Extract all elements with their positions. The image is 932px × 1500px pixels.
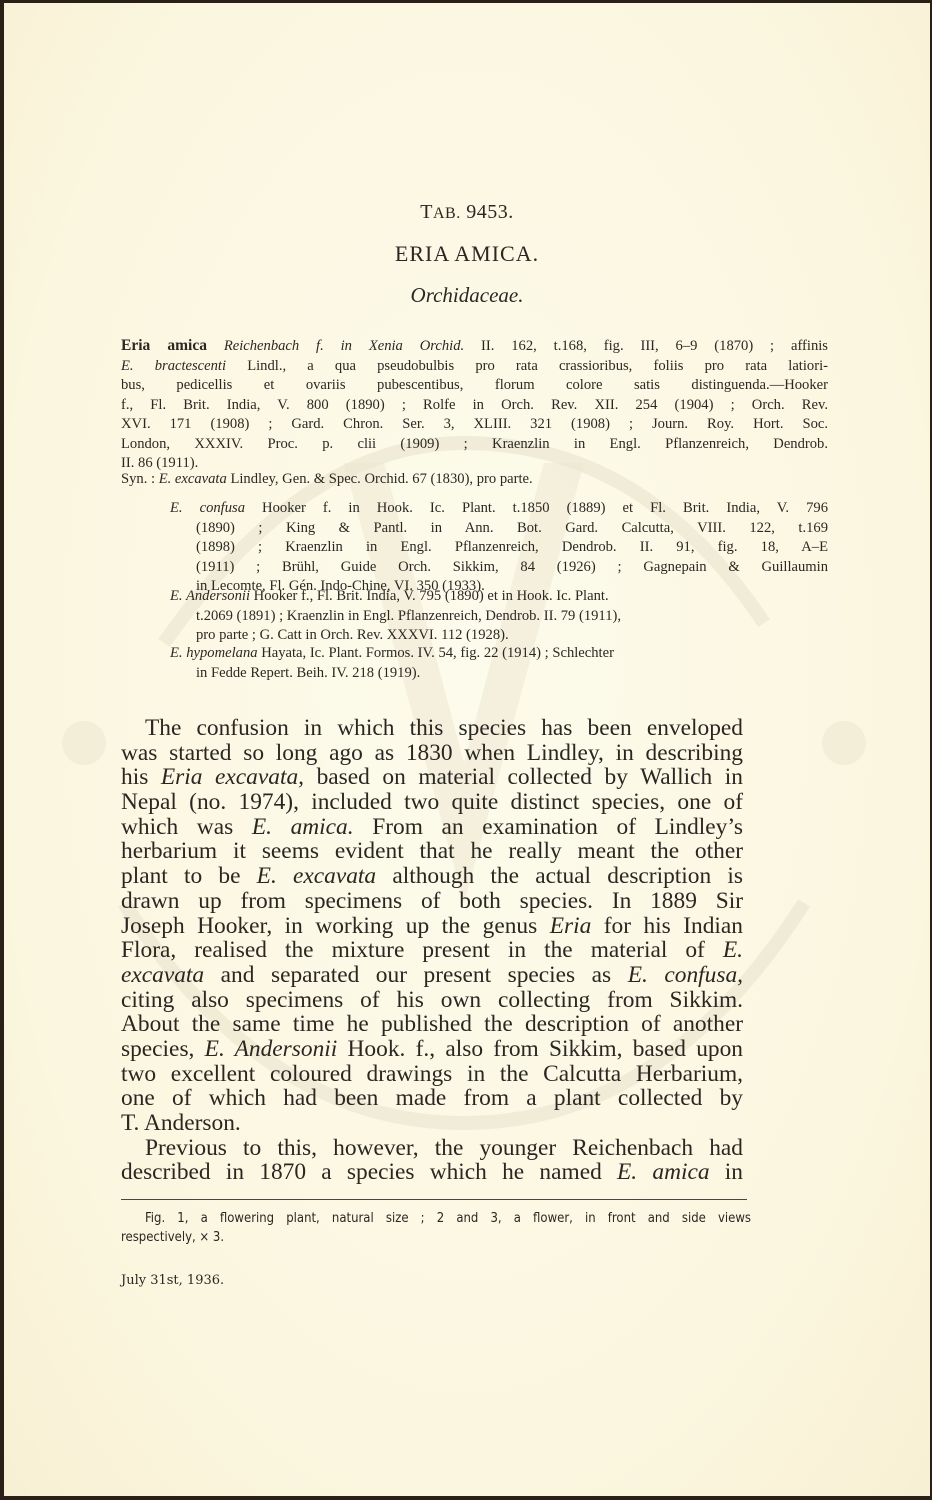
reference-line: XVI. 171 (1908) ; Gard. Chron. Ser. 3, X… <box>121 415 828 435</box>
body-line: one of which had been made from a plant … <box>121 1086 743 1111</box>
species-title: ERIA AMICA. <box>4 241 930 267</box>
synonym-confusa: E. confusa Hooker f. in Hook. Ic. Plant.… <box>121 499 828 597</box>
body-line: species, E. Andersonii Hook. f., also fr… <box>121 1037 743 1062</box>
synonym-name: E. Andersonii <box>170 588 250 604</box>
reference-block: Eria amica Reichenbach f. in Xenia Orchi… <box>121 336 828 474</box>
body-line: was started so long ago as 1830 when Lin… <box>121 741 743 766</box>
reference-line: f., Fl. Brit. India, V. 800 (1890) ; Rol… <box>121 396 828 416</box>
body-line: Joseph Hooker, in working up the genus E… <box>121 914 743 939</box>
body-line: Flora, realised the mixture present in t… <box>121 938 743 963</box>
synonyms-label: Syn. : <box>121 471 155 487</box>
publication-date: July 31st, 1936. <box>121 1273 224 1288</box>
body-line: plant to be E. excavata although the act… <box>121 864 743 889</box>
description-body: The confusion in which this species has … <box>121 716 743 1185</box>
divider-rule <box>121 1199 747 1200</box>
synonym-andersonii: E. Andersonii Hooker f., Fl. Brit. India… <box>121 587 828 646</box>
body-line: his Eria excavata, based on material col… <box>121 765 743 790</box>
body-line: which was E. amica. From an examination … <box>121 815 743 840</box>
body-line: The confusion in which this species has … <box>121 716 743 741</box>
synonym-excavata: Syn. : E. excavata Lindley, Gen. & Spec.… <box>121 470 828 490</box>
reference-line: bus, pedicellis et ovariis pubescentibus… <box>121 376 828 396</box>
body-line: herbarium it seems evident that he reall… <box>121 839 743 864</box>
body-line: Nepal (no. 1974), included two quite dis… <box>121 790 743 815</box>
synonym-name: E. excavata <box>159 471 227 487</box>
body-line: About the same time he published the des… <box>121 1012 743 1037</box>
body-line: drawn up from specimens of both species.… <box>121 889 743 914</box>
body-line: two excellent coloured drawings in the C… <box>121 1062 743 1087</box>
document-page: TAB. 9453. ERIA AMICA. Orchidaceae. Eria… <box>4 3 930 1496</box>
reference-line: E. bractescenti Lindl., a qua pseudobulb… <box>121 357 828 377</box>
body-line: T. Anderson. <box>121 1111 743 1136</box>
synonym-hypomelana: E. hypomelana Hayata, Ic. Plant. Formos.… <box>121 644 828 683</box>
synonym-name: E. hypomelana <box>170 645 258 661</box>
reference-line: London, XXXIV. Proc. p. clii (1909) ; Kr… <box>121 435 828 455</box>
figure-caption: Fig. 1, a flowering plant, natural size … <box>121 1209 751 1247</box>
body-line: Previous to this, however, the younger R… <box>121 1136 743 1161</box>
plate-number: TAB. 9453. <box>4 201 930 224</box>
body-line: excavata and separated our present speci… <box>121 963 743 988</box>
body-line: citing also specimens of his own collect… <box>121 988 743 1013</box>
reference-line: Eria amica Reichenbach f. in Xenia Orchi… <box>121 336 828 357</box>
synonym-name: E. confusa <box>170 500 245 516</box>
family-name: Orchidaceae. <box>4 283 930 308</box>
body-line: described in 1870 a species which he nam… <box>121 1160 743 1185</box>
